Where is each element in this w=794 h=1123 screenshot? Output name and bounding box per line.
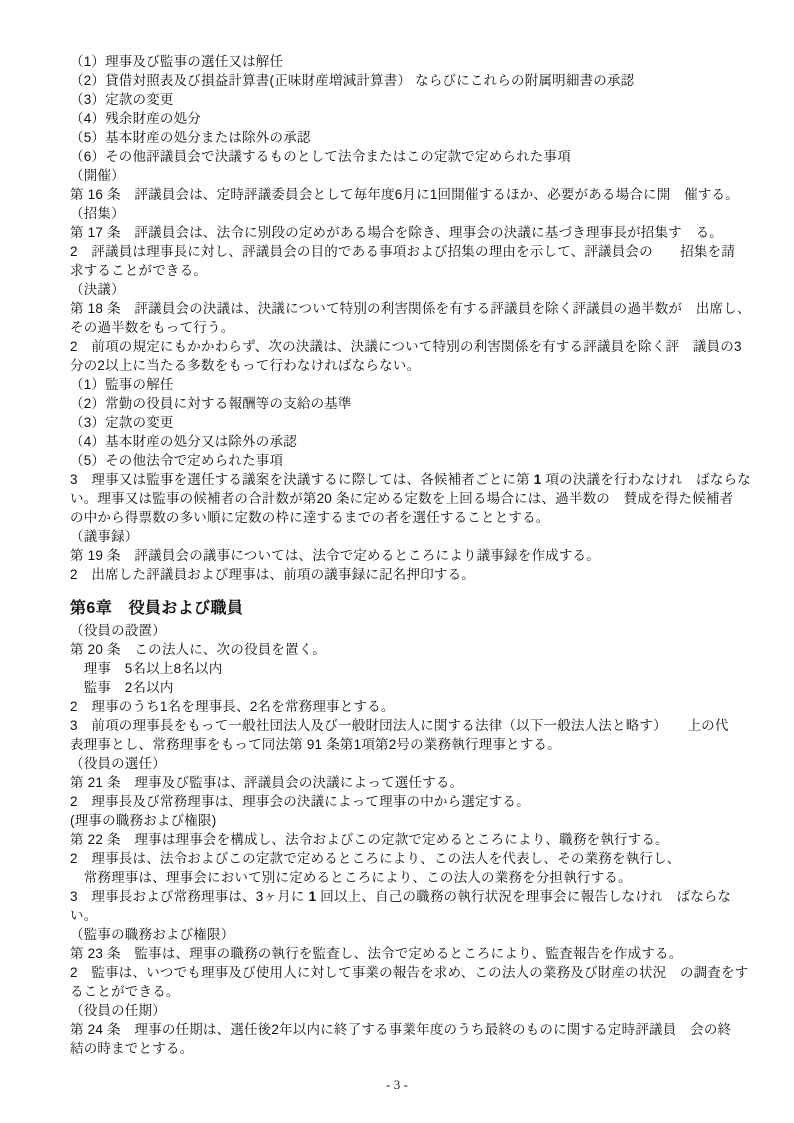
text-segment: 2 監事は、いつでも理事及び使用人に対して事業の報告を求め、この法人の業務及び財… <box>70 965 748 980</box>
text-segment: 求することができる。 <box>70 263 207 278</box>
document-line: 結の時までとする。 <box>70 1039 730 1058</box>
text-segment: い。理事又は監事の候補者の合計数が第20 条に定める定数を上回る場合には、過半数… <box>70 491 733 506</box>
document-line: 第 16 条 評議員会は、定時評議委員会として毎年度6月に1回開催するほか、必要… <box>70 185 730 204</box>
text-segment: 監事 2名以内 <box>70 680 174 695</box>
document-line: （1）監事の解任 <box>70 375 730 394</box>
text-segment: （役員の任期） <box>70 1003 166 1018</box>
text-segment: （2）常勤の役員に対する報酬等の支給の基準 <box>70 396 352 411</box>
text-segment: （6）その他評議員会で決議するものとして法令またはこの定款で定められた事項 <box>70 149 571 164</box>
text-segment: 2 理事長及び常務理事は、理事会の決議によって理事の中から選定する。 <box>70 794 530 809</box>
document-line: 第 23 条 監事は、理事の職務の執行を監査し、法令で定めるところにより、監査報… <box>70 944 730 963</box>
text-segment: 2 理事長は、法令およびこの定款で定めるところにより、この法人を代表し、その業務… <box>70 851 681 866</box>
text-segment: ることができる。 <box>70 984 180 999</box>
text-segment: （議事録） <box>70 529 139 544</box>
text-segment: （5）基本財産の処分または除外の承認 <box>70 130 311 145</box>
text-segment: 第 17 条 評議員会は、法令に別段の定めがある場合を除き、理事会の決議に基づき… <box>70 225 723 240</box>
document-line: その過半数をもって行う。 <box>70 318 730 337</box>
text-segment: 2 前項の規定にもかかわらず、次の決議は、決議について特別の利害関係を有する評議… <box>70 339 742 354</box>
document-line: 第 22 条 理事は理事会を構成し、法令およびこの定款で定めるところにより、職務… <box>70 830 730 849</box>
document-line: （議事録） <box>70 527 730 546</box>
document-line: の中から得票数の多い順に定数の枠に達するまでの者を選任することとする。 <box>70 508 730 527</box>
document-line: （監事の職務および権限） <box>70 925 730 944</box>
text-segment: （1）監事の解任 <box>70 377 174 392</box>
text-segment: 第 20 条 この法人に、次の役員を置く。 <box>70 642 326 657</box>
text-segment: （1）理事及び監事の選任又は解任 <box>70 54 283 69</box>
text-segment: 2 出席した評議員および理事は、前項の議事録に記名押印する。 <box>70 567 475 582</box>
document-line: 第 24 条 理事の任期は、選任後2年以内に終了する事業年度のうち最終のものに関… <box>70 1020 730 1039</box>
text-segment: 3 理事又は監事を選任する議案を決議するに際しては、各候補者ごとに第 <box>70 472 534 487</box>
text-segment: （監事の職務および権限） <box>70 927 234 942</box>
text-segment: （5）その他法令で定められた事項 <box>70 453 283 468</box>
text-segment: 第 19 条 評議員会の議事については、法令で定めるところにより議事録を作成する… <box>70 548 600 563</box>
text-segment: （役員の選任） <box>70 756 166 771</box>
text-segment: 第 24 条 理事の任期は、選任後2年以内に終了する事業年度のうち最終のものに関… <box>70 1022 731 1037</box>
text-segment: 第 16 条 評議員会は、定時評議委員会として毎年度6月に1回開催するほか、必要… <box>70 187 739 202</box>
document-line: （3）定款の変更 <box>70 90 730 109</box>
document-line: 2 理事長及び常務理事は、理事会の決議によって理事の中から選定する。 <box>70 792 730 811</box>
document-line: 2 理事長は、法令およびこの定款で定めるところにより、この法人を代表し、その業務… <box>70 849 730 868</box>
text-segment: 3 前項の理事長をもって一般社団法人及び一般財団法人に関する法律（以下一般法人法… <box>70 718 729 733</box>
text-segment: の中から得票数の多い順に定数の枠に達するまでの者を選任することとする。 <box>70 510 550 525</box>
document-line: ることができる。 <box>70 982 730 1001</box>
text-segment: 理事 5名以上8名以内 <box>70 661 222 676</box>
text-segment: 第 22 条 理事は理事会を構成し、法令およびこの定款で定めるところにより、職務… <box>70 832 669 847</box>
document-line: （5）その他法令で定められた事項 <box>70 451 730 470</box>
document-line: （役員の任期） <box>70 1001 730 1020</box>
document-line: (理事の職務および権限) <box>70 811 730 830</box>
document-line: （1）理事及び監事の選任又は解任 <box>70 52 730 71</box>
text-segment: い。 <box>70 908 97 923</box>
document-line: い。理事又は監事の候補者の合計数が第20 条に定める定数を上回る場合には、過半数… <box>70 489 730 508</box>
document-line: （招集） <box>70 204 730 223</box>
document-line: 第 20 条 この法人に、次の役員を置く。 <box>70 640 730 659</box>
document-line: 第 21 条 理事及び監事は、評議員会の決議によって選任する。 <box>70 773 730 792</box>
text-segment: （2）貸借対照表及び損益計算書(正味財産増減計算書） ならびにこれらの附属明細書… <box>70 73 634 88</box>
text-segment: （役員の設置） <box>70 623 166 638</box>
text-segment: その過半数をもって行う。 <box>70 320 234 335</box>
text-segment: 2 理事のうち1名を理事長、2名を常務理事とする。 <box>70 699 395 714</box>
document-line: 2 理事のうち1名を理事長、2名を常務理事とする。 <box>70 697 730 716</box>
document-line: 監事 2名以内 <box>70 678 730 697</box>
text-segment: 2 評議員は理事長に対し、評議員会の目的である事項および招集の理由を示して、評議… <box>70 244 735 259</box>
document-line: （開催） <box>70 166 730 185</box>
document-page: （1）理事及び監事の選任又は解任（2）貸借対照表及び損益計算書(正味財産増減計算… <box>0 0 794 1123</box>
document-line: （3）定款の変更 <box>70 413 730 432</box>
document-line: 分の2以上に当たる多数をもって行わなければならない。 <box>70 356 730 375</box>
document-line: （役員の選任） <box>70 754 730 773</box>
text-segment: 第6章 役員および職員 <box>70 600 243 617</box>
page-number: - 3 - <box>0 1077 794 1093</box>
document-line: 第 19 条 評議員会の議事については、法令で定めるところにより議事録を作成する… <box>70 546 730 565</box>
text-segment: （4）残余財産の処分 <box>70 111 201 126</box>
document-line: （4）基本財産の処分又は除外の承認 <box>70 432 730 451</box>
text-segment: 第 23 条 監事は、理事の職務の執行を監査し、法令で定めるところにより、監査報… <box>70 946 682 961</box>
text-segment: 常務理事は、理事会において別に定めるところにより、この法人の業務を分担執行する。 <box>70 870 632 885</box>
text-segment: 第 21 条 理事及び監事は、評議員会の決議によって選任する。 <box>70 775 463 790</box>
document-line: 2 評議員は理事長に対し、評議員会の目的である事項および招集の理由を示して、評議… <box>70 242 730 261</box>
document-line: 2 出席した評議員および理事は、前項の議事録に記名押印する。 <box>70 565 730 584</box>
document-line: 2 前項の規定にもかかわらず、次の決議は、決議について特別の利害関係を有する評議… <box>70 337 730 356</box>
document-line: （2）貸借対照表及び損益計算書(正味財産増減計算書） ならびにこれらの附属明細書… <box>70 71 730 90</box>
document-line: 求することができる。 <box>70 261 730 280</box>
document-body: （1）理事及び監事の選任又は解任（2）貸借対照表及び損益計算書(正味財産増減計算… <box>70 52 730 1058</box>
text-segment: （3）定款の変更 <box>70 415 174 430</box>
text-segment: 表理事とし、常務理事をもって同法第 91 条第1項第2号の業務執行理事とする。 <box>70 737 561 752</box>
document-line: 第 18 条 評議員会の決議は、決議について特別の利害関係を有する評議員を除く評… <box>70 299 730 318</box>
document-line: 3 前項の理事長をもって一般社団法人及び一般財団法人に関する法律（以下一般法人法… <box>70 716 730 735</box>
text-segment: （開催） <box>70 168 125 183</box>
document-line: 3 理事又は監事を選任する議案を決議するに際しては、各候補者ごとに第 1 項の決… <box>70 470 730 489</box>
text-segment: 分の2以上に当たる多数をもって行わなければならない。 <box>70 358 420 373</box>
document-line: （2）常勤の役員に対する報酬等の支給の基準 <box>70 394 730 413</box>
document-line: （5）基本財産の処分または除外の承認 <box>70 128 730 147</box>
text-segment: （決議） <box>70 282 125 297</box>
document-line: 3 理事長および常務理事は、3ヶ月に 1 回以上、自己の職務の執行状況を理事会に… <box>70 887 730 906</box>
document-line: （役員の設置） <box>70 621 730 640</box>
document-line: （4）残余財産の処分 <box>70 109 730 128</box>
document-line: （6）その他評議員会で決議するものとして法令またはこの定款で定められた事項 <box>70 147 730 166</box>
text-segment: （招集） <box>70 206 125 221</box>
chapter-heading: 第6章 役員および職員 <box>70 597 730 621</box>
document-line: （決議） <box>70 280 730 299</box>
text-segment: (理事の職務および権限) <box>70 813 216 828</box>
document-line: い。 <box>70 906 730 925</box>
document-line: 第 17 条 評議員会は、法令に別段の定めがある場合を除き、理事会の決議に基づき… <box>70 223 730 242</box>
text-segment: 項の決議を行わなけれ ばならな <box>541 472 750 487</box>
text-segment: 結の時までとする。 <box>70 1041 193 1056</box>
text-segment: 第 18 条 評議員会の決議は、決議について特別の利害関係を有する評議員を除く評… <box>70 301 751 316</box>
document-line: 理事 5名以上8名以内 <box>70 659 730 678</box>
document-line: 常務理事は、理事会において別に定めるところにより、この法人の業務を分担執行する。 <box>70 868 730 887</box>
text-segment: （3）定款の変更 <box>70 92 174 107</box>
document-line: 表理事とし、常務理事をもって同法第 91 条第1項第2号の業務執行理事とする。 <box>70 735 730 754</box>
text-segment: （4）基本財産の処分又は除外の承認 <box>70 434 297 449</box>
text-segment: 回以上、自己の職務の執行状況を理事会に報告しなけれ ばならな <box>316 889 731 904</box>
text-segment: 3 理事長および常務理事は、3ヶ月に <box>70 889 309 904</box>
document-line: 2 監事は、いつでも理事及び使用人に対して事業の報告を求め、この法人の業務及び財… <box>70 963 730 982</box>
